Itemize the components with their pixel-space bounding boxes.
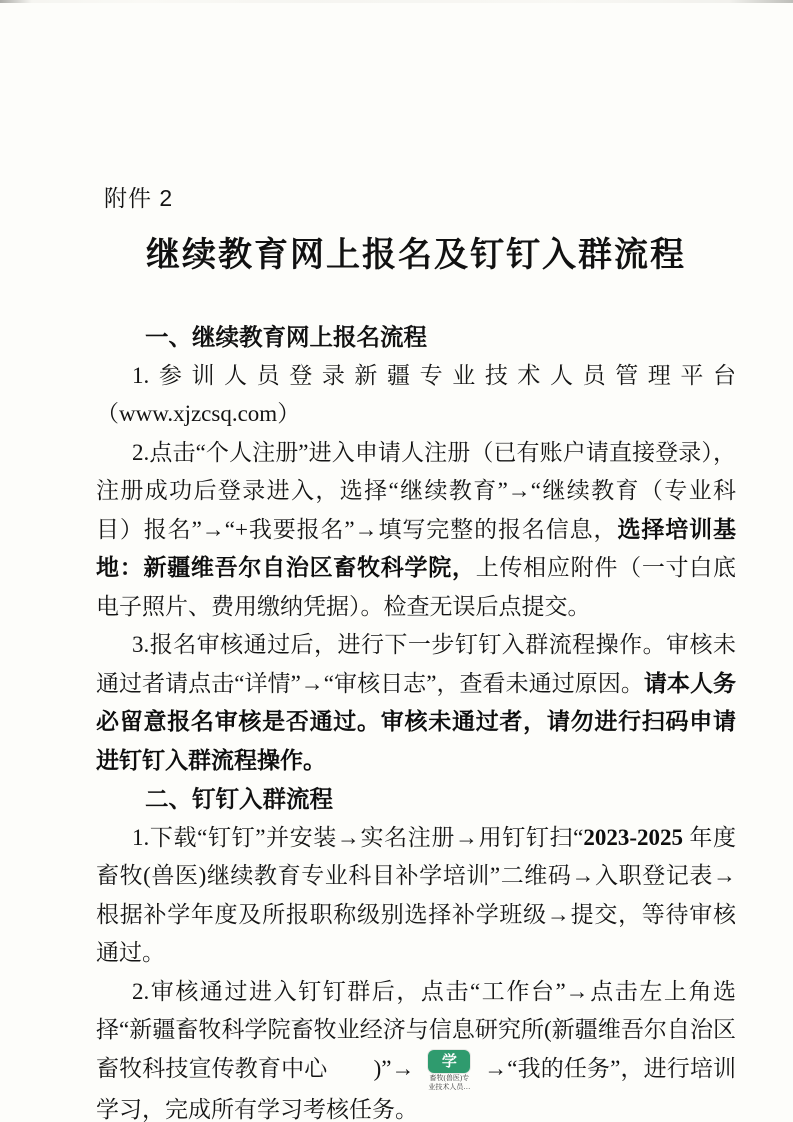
- scan-speck: [240, 1101, 243, 1107]
- text-segment: 2023-2025: [583, 825, 683, 850]
- text-segment: 1.下载“钉钉”并安装→实名注册→用钉钉扫“: [132, 825, 583, 850]
- document-page: 附件 2 继续教育网上报名及钉钉入群流程 一、继续教育网上报名流程1.参训人员登…: [96, 0, 736, 1122]
- section-heading-2: 二、钉钉入群流程: [96, 780, 736, 819]
- document-title: 继续教育网上报名及钉钉入群流程: [96, 227, 736, 276]
- attachment-label: 附件 2: [104, 180, 736, 213]
- text-segment: 1.参训人员登录新疆专业技术人员管理平台（www.xjzcsq.com）: [96, 363, 736, 427]
- paragraph-2-2: 2.审核通过进入钉钉群后，点击“工作台”→点击左上角选择“新疆畜牧科学院畜牧业经…: [96, 973, 736, 1122]
- paragraph-1-2: 2.点击“个人注册”进入申请人注册（已有账户请直接登录），注册成功后登录进入，选…: [96, 434, 736, 627]
- xue-app-icon-caption: 畜牧(兽医)专: [424, 1074, 474, 1082]
- xue-app-icon-caption: 业技术人员…: [424, 1083, 474, 1091]
- document-body: 一、继续教育网上报名流程1.参训人员登录新疆专业技术人员管理平台（www.xjz…: [96, 318, 736, 1122]
- paragraph-1-3: 3.报名审核通过后，进行下一步钉钉入群流程操作。审核未通过者请点击“详情”→“审…: [96, 626, 736, 780]
- xue-app-icon-glyph: 学: [428, 1050, 470, 1073]
- text-segment: 3.报名审核通过后，进行下一步钉钉入群流程操作。审核未通过者请点击“详情”→“审…: [96, 632, 736, 696]
- paragraph-1-1: 1.参训人员登录新疆专业技术人员管理平台（www.xjzcsq.com）: [96, 357, 736, 434]
- xue-app-icon: 学畜牧(兽医)专业技术人员…: [424, 1050, 474, 1091]
- paragraph-2-1: 1.下载“钉钉”并安装→实名注册→用钉钉扫“2023-2025 年度畜牧(兽医)…: [96, 819, 736, 973]
- section-heading-1: 一、继续教育网上报名流程: [96, 318, 736, 357]
